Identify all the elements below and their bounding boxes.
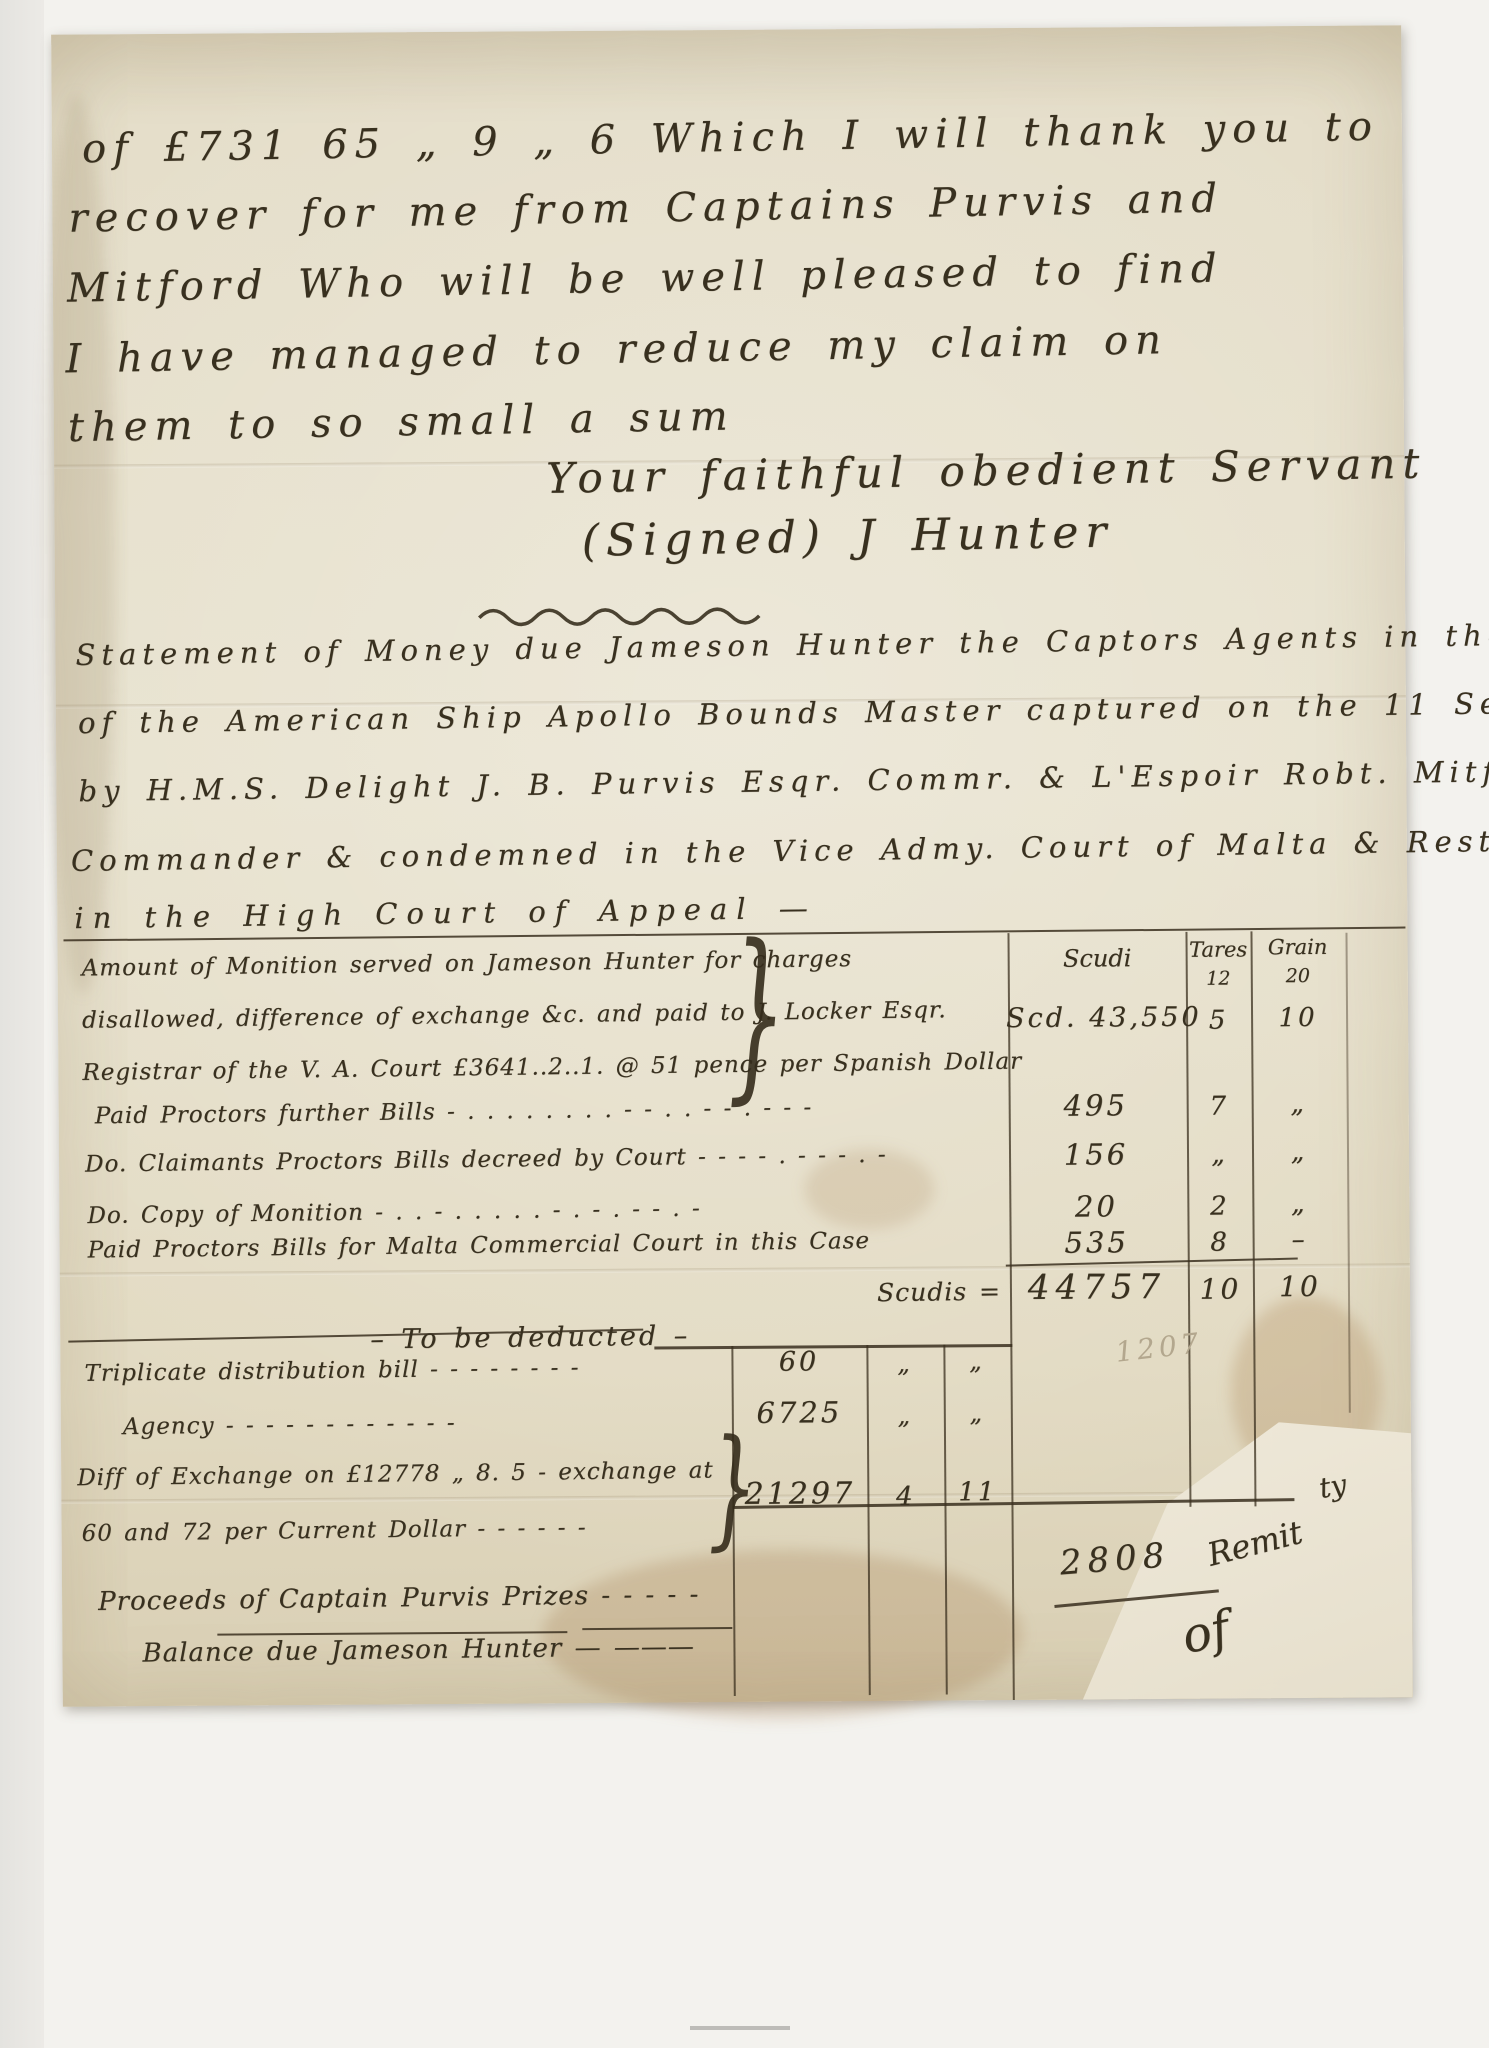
row5-grani: – bbox=[1253, 1226, 1347, 1255]
letter-line-4: I have managed to reduce my claim on bbox=[65, 318, 1168, 381]
row1-amount: Scd. 43,550 bbox=[1006, 1003, 1184, 1034]
row2-grani: „ bbox=[1252, 1090, 1346, 1119]
row5-label: Paid Proctors Bills for Malta Commercial… bbox=[88, 1229, 871, 1264]
scanner-mark bbox=[690, 2026, 790, 2030]
column-header-grain: Grain bbox=[1251, 936, 1345, 960]
deduction1-grani: „ bbox=[943, 1348, 1010, 1375]
total-tari: 10 bbox=[1188, 1274, 1253, 1305]
deduction3-tari: 4 bbox=[867, 1483, 944, 1512]
row4-tari: 2 bbox=[1187, 1192, 1252, 1221]
deduction2-grani: „ bbox=[944, 1400, 1011, 1427]
row4-label: Do. Copy of Monition - . . - . . . . . -… bbox=[87, 1197, 701, 1230]
row1-desc-line3: Registrar of the V. A. Court £3641..2..1… bbox=[82, 1050, 1022, 1087]
row5-tari: 8 bbox=[1188, 1228, 1253, 1257]
total-grani: 10 bbox=[1253, 1272, 1347, 1303]
result-amount: 2808 bbox=[1059, 1537, 1172, 1583]
row2-amount: 495 bbox=[1007, 1090, 1185, 1123]
deduction1-label: Triplicate distribution bill - - - - - -… bbox=[84, 1356, 579, 1387]
row4-grani: „ bbox=[1252, 1190, 1346, 1219]
total-label: Scudis = bbox=[826, 1278, 1001, 1308]
letter-closing: Your faithful obedient Servant bbox=[546, 441, 1427, 503]
statement-line-1: Statement of Money due Jameson Hunter th… bbox=[75, 618, 1489, 672]
statement-line-4: Commander & condemned in the Vice Admy. … bbox=[71, 825, 1489, 878]
deduction1-tari: „ bbox=[866, 1351, 943, 1378]
deduction3-amount: 21297 bbox=[732, 1477, 867, 1511]
statement-line-5: in the High Court of Appeal — bbox=[74, 893, 817, 935]
column-header-grain-base: 20 bbox=[1251, 966, 1345, 988]
letter-line-2: recover for me from Captains Purvis and bbox=[68, 177, 1224, 241]
deduction3-label-line2: 60 and 72 per Current Dollar - - - - - - bbox=[82, 1516, 587, 1547]
statement-line-2: of the American Ship Apollo Bounds Maste… bbox=[78, 686, 1489, 740]
column-header-scudi: Scudi bbox=[1010, 945, 1185, 973]
letter-line-5: them to so small a sum bbox=[68, 394, 735, 450]
row4-amount: 20 bbox=[1007, 1191, 1185, 1224]
column-header-tares: Tares bbox=[1186, 938, 1251, 962]
row3-tari: „ bbox=[1187, 1140, 1252, 1169]
row1-brace: } bbox=[727, 928, 787, 1099]
letter-line-3: Mitford Who will be well pleased to find bbox=[67, 247, 1224, 311]
deduction2-tari: „ bbox=[867, 1403, 944, 1430]
row3-grani: „ bbox=[1252, 1138, 1346, 1167]
torn-fragment-top: ty bbox=[1317, 1470, 1349, 1505]
row1-desc-line2: disallowed, difference of exchange &c. a… bbox=[82, 998, 947, 1034]
scanned-document: of £731 65 „ 9 „ 6 Which I will thank yo… bbox=[0, 0, 1489, 2048]
row3-amount: 156 bbox=[1007, 1139, 1185, 1172]
row3-label: Do. Claimants Proctors Bills decreed by … bbox=[85, 1143, 887, 1178]
letter-signature: (Signed) J Hunter bbox=[581, 509, 1113, 567]
deduction3-label-line1: Diff of Exchange on £12778 „ 8. 5 - exch… bbox=[77, 1458, 714, 1491]
letter-line-1: of £731 65 „ 9 „ 6 Which I will thank yo… bbox=[82, 105, 1380, 172]
paper-sheet: of £731 65 „ 9 „ 6 Which I will thank yo… bbox=[51, 25, 1413, 1706]
deductions-heading: – To be deducted – bbox=[370, 1321, 690, 1355]
total-amount: 44757 bbox=[1008, 1269, 1186, 1308]
row1-tari: 5 bbox=[1186, 1006, 1251, 1035]
pencil-note: 1207 bbox=[1114, 1328, 1204, 1368]
deduction3-grani: 11 bbox=[944, 1478, 1011, 1507]
row5-amount: 535 bbox=[1008, 1227, 1186, 1260]
scanner-edge-strip bbox=[0, 0, 44, 2048]
row1-grani: 10 bbox=[1251, 1004, 1345, 1033]
signature-flourish-line bbox=[475, 599, 805, 627]
row2-tari: 7 bbox=[1187, 1092, 1252, 1121]
column-header-tares-base: 12 bbox=[1186, 968, 1251, 989]
row2-label: Paid Proctors further Bills - . . . . . … bbox=[95, 1096, 813, 1130]
deduction1-amount: 60 bbox=[731, 1347, 866, 1378]
deduction2-label: Agency - - - - - - - - - - - - bbox=[123, 1411, 456, 1440]
statement-line-3: by H.M.S. Delight J. B. Purvis Esqr. Com… bbox=[78, 754, 1489, 808]
